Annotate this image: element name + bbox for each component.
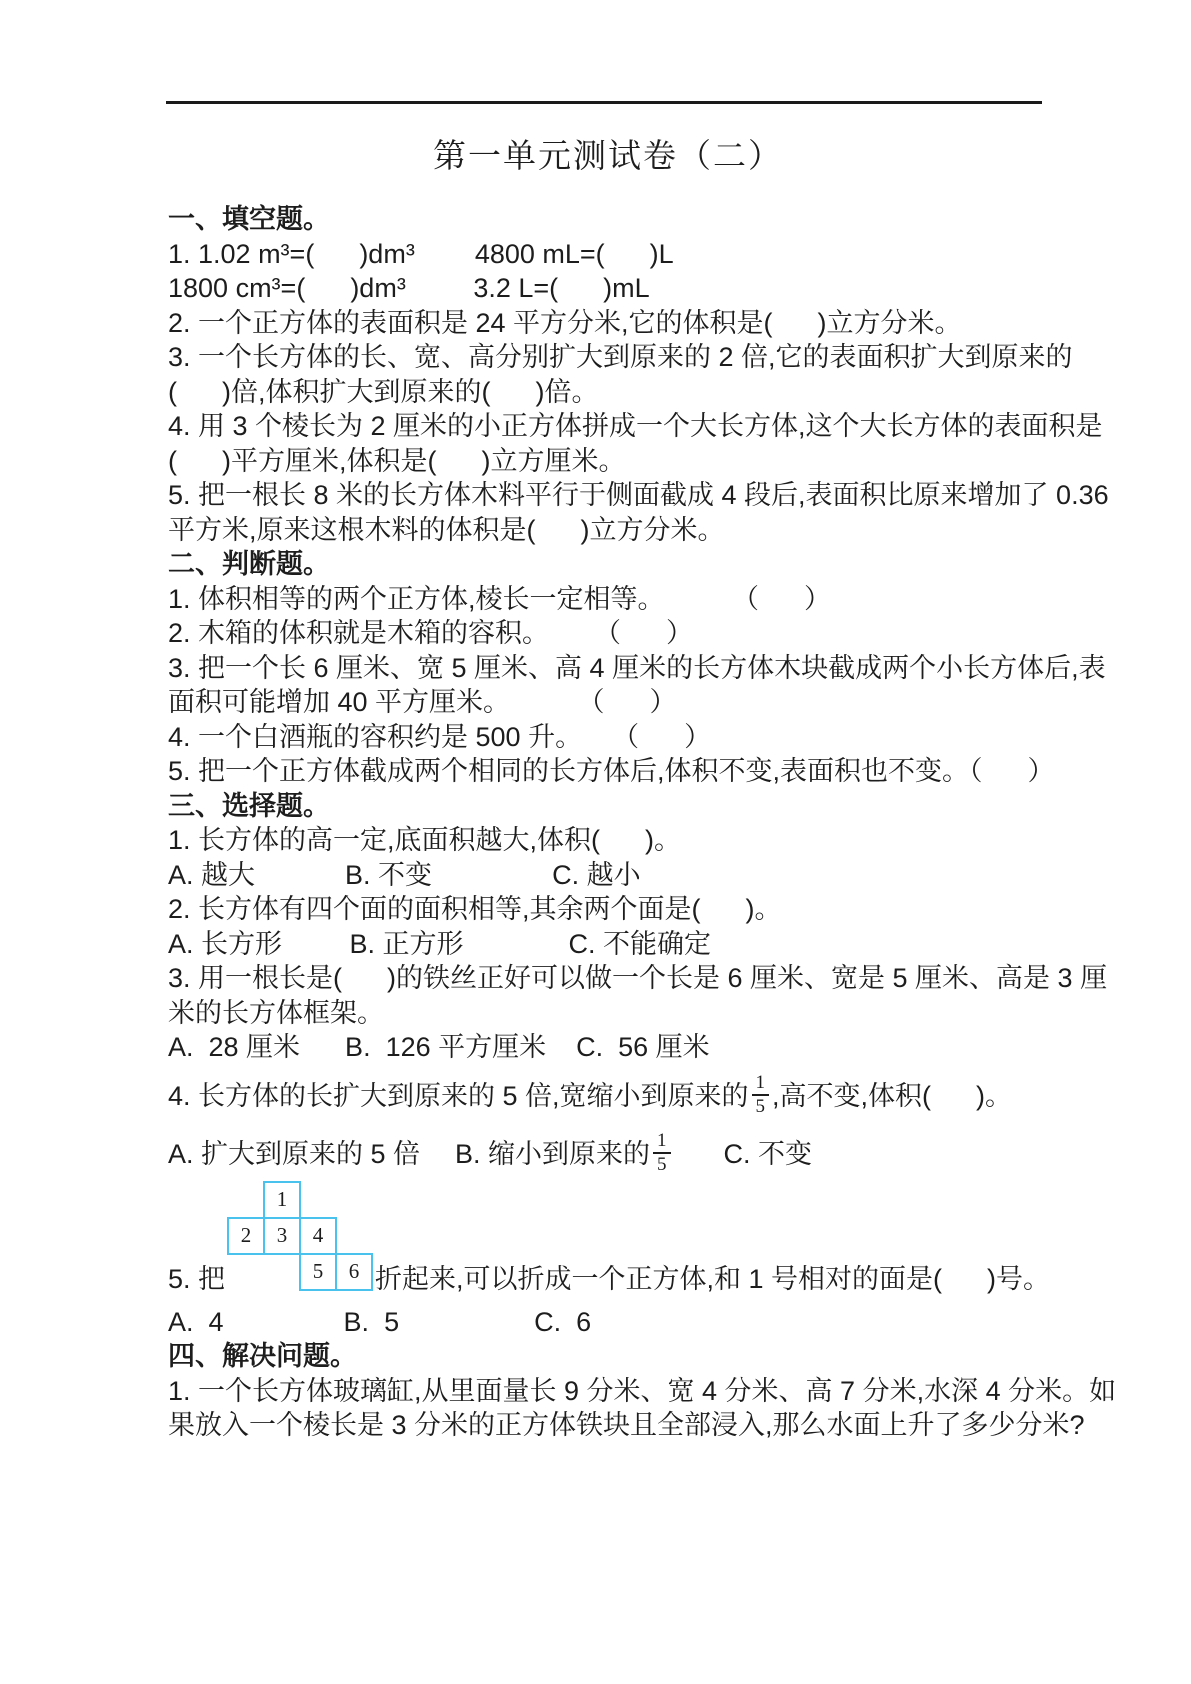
choice-q3b: 米的长方体框架。: [168, 996, 1048, 1031]
cube-net-diagram: 1 2 3 4 5 6: [227, 1181, 373, 1291]
choice-q2: 2. 长方体有四个面的面积相等,其余两个面是( )。: [168, 892, 1048, 927]
fraction-one-fifth: 1 5: [653, 1130, 671, 1175]
choice-q2-options: A. 长方形 B. 正方形 C. 不能确定: [168, 927, 1048, 962]
choice-q3a: 3. 用一根长是( )的铁丝正好可以做一个长是 6 厘米、宽是 5 厘米、高是 …: [168, 961, 1048, 996]
fill-line-4b: ( )平方厘米,体积是( )立方厘米。: [168, 444, 1048, 479]
choice-q4-option-b: B. 缩小到原来的: [455, 1132, 650, 1171]
judge-line-3b: 面积可能增加 40 平方厘米。 （ ）: [168, 685, 1048, 720]
fraction-denominator: 5: [752, 1096, 770, 1117]
choice-q4-option-c: C. 不变: [724, 1132, 813, 1171]
choice-q5-before: 5. 把: [168, 1262, 225, 1297]
net-cell-6: 6: [335, 1253, 373, 1291]
judge-line-4: 4. 一个白酒瓶的容积约是 500 升。 （ ）: [168, 720, 1048, 755]
fill-line-3a: 3. 一个长方体的长、宽、高分别扩大到原来的 2 倍,它的表面积扩大到原来的: [168, 340, 1048, 375]
solve-line-1a: 1. 一个长方体玻璃缸,从里面量长 9 分米、宽 4 分米、高 7 分米,水深 …: [168, 1374, 1048, 1409]
choice-q4-option-a: A. 扩大到原来的 5 倍: [168, 1132, 420, 1171]
page-title: 第一单元测试卷（二）: [168, 134, 1048, 180]
choice-q4-options: A. 扩大到原来的 5 倍 B. 缩小到原来的 1 5 C. 不变: [168, 1123, 1048, 1181]
fraction-numerator: 1: [653, 1130, 671, 1153]
section-judge-heading: 二、判断题。: [168, 547, 1048, 582]
choice-q5-row: 5. 把 1 2 3 4 5 6 折起来,可以折成一个正方体,和 1 号相对的面…: [168, 1181, 1048, 1291]
judge-line-3a: 3. 把一个长 6 厘米、宽 5 厘米、高 4 厘米的长方体木块截成两个小长方体…: [168, 651, 1048, 686]
judge-line-2: 2. 木箱的体积就是木箱的容积。 （ ）: [168, 616, 1048, 651]
section-choice-heading: 三、选择题。: [168, 789, 1048, 824]
net-cell-3: 3: [263, 1217, 301, 1255]
net-cell-5: 5: [299, 1253, 337, 1291]
fill-line-3b: ( )倍,体积扩大到原来的( )倍。: [168, 375, 1048, 410]
choice-q4-line: 4. 长方体的长扩大到原来的 5 倍,宽缩小到原来的 1 5 ,高不变,体积( …: [168, 1065, 1048, 1123]
choice-q1-options: A. 越大 B. 不变 C. 越小: [168, 858, 1048, 893]
section-solve-heading: 四、解决问题。: [168, 1339, 1048, 1374]
solve-line-1b: 果放入一个棱长是 3 分米的正方体铁块且全部浸入,那么水面上升了多少分米?: [168, 1408, 1048, 1443]
choice-q5-options: A. 4 B. 5 C. 6: [168, 1305, 1048, 1340]
choice-q4-after: ,高不变,体积( )。: [772, 1074, 1012, 1113]
fill-line-1a: 1. 1.02 m³=( )dm³ 4800 mL=( )L: [168, 237, 1048, 272]
judge-line-5: 5. 把一个正方体截成两个相同的长方体后,体积不变,表面积也不变。（ ）: [168, 754, 1048, 789]
judge-line-1: 1. 体积相等的两个正方体,棱长一定相等。 （ ）: [168, 582, 1048, 617]
fill-line-2: 2. 一个正方体的表面积是 24 平方分米,它的体积是( )立方分米。: [168, 306, 1048, 341]
net-cell-4: 4: [299, 1217, 337, 1255]
choice-q5-after: 折起来,可以折成一个正方体,和 1 号相对的面是( )号。: [375, 1262, 1050, 1297]
worksheet-content: 第一单元测试卷（二） 一、填空题。 1. 1.02 m³=( )dm³ 4800…: [168, 134, 1048, 1443]
choice-q1: 1. 长方体的高一定,底面积越大,体积( )。: [168, 823, 1048, 858]
choice-q4-before: 4. 长方体的长扩大到原来的 5 倍,宽缩小到原来的: [168, 1074, 749, 1113]
worksheet-page: 第一单元测试卷（二） 一、填空题。 1. 1.02 m³=( )dm³ 4800…: [0, 0, 1191, 1684]
fraction-denominator: 5: [653, 1154, 671, 1175]
net-cell-2: 2: [227, 1217, 265, 1255]
fill-line-4a: 4. 用 3 个棱长为 2 厘米的小正方体拼成一个大长方体,这个大长方体的表面积…: [168, 409, 1048, 444]
section-fill-heading: 一、填空题。: [168, 202, 1048, 237]
net-cell-1: 1: [263, 1181, 301, 1219]
fraction-one-fifth: 1 5: [752, 1072, 770, 1117]
choice-q3-options: A. 28 厘米 B. 126 平方厘米 C. 56 厘米: [168, 1030, 1048, 1065]
fill-line-5b: 平方米,原来这根木料的体积是( )立方分米。: [168, 513, 1048, 548]
header-rule: [166, 101, 1042, 104]
fraction-numerator: 1: [752, 1072, 770, 1095]
fill-line-5a: 5. 把一根长 8 米的长方体木料平行于侧面截成 4 段后,表面积比原来增加了 …: [168, 478, 1048, 513]
fill-line-1b: 1800 cm³=( )dm³ 3.2 L=( )mL: [168, 271, 1048, 306]
